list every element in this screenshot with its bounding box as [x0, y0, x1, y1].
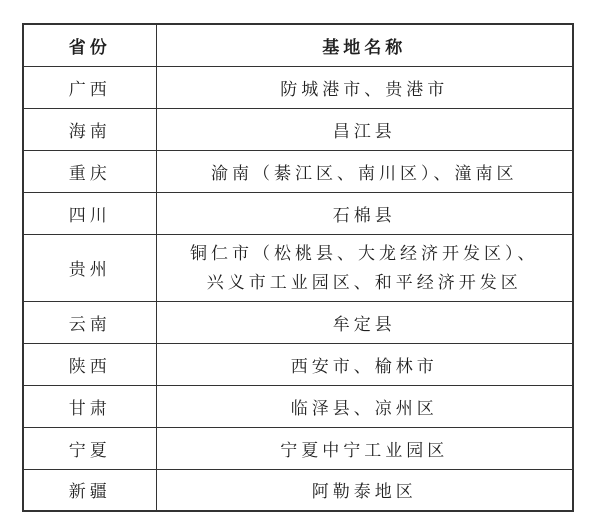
province-cell: 陕西: [23, 343, 156, 385]
base-name-cell: 临泽县、凉州区: [156, 385, 573, 427]
table-row-yunnan: 云南 牟定县: [23, 301, 573, 343]
table-row-guizhou: 贵州 铜仁市（松桃县、大龙经济开发区）、 兴义市工业园区、和平经济开发区: [23, 234, 573, 301]
table-row-guangxi: 广西 防城港市、贵港市: [23, 66, 573, 108]
base-name-cell: 防城港市、贵港市: [156, 66, 573, 108]
base-name-cell: 阿勒泰地区: [156, 469, 573, 511]
province-cell: 重庆: [23, 150, 156, 192]
province-cell: 云南: [23, 301, 156, 343]
base-name-cell: 铜仁市（松桃县、大龙经济开发区）、 兴义市工业园区、和平经济开发区: [156, 234, 573, 301]
province-cell: 四川: [23, 192, 156, 234]
table-row-xinjiang: 新疆 阿勒泰地区: [23, 469, 573, 511]
base-name-cell: 石棉县: [156, 192, 573, 234]
base-name-cell: 宁夏中宁工业园区: [156, 427, 573, 469]
province-cell: 贵州: [23, 234, 156, 301]
base-name-line-2: 兴义市工业园区、和平经济开发区: [159, 268, 571, 297]
province-cell: 宁夏: [23, 427, 156, 469]
base-name-column-header: 基地名称: [156, 24, 573, 66]
table-header-row: 省份 基地名称: [23, 24, 573, 66]
province-cell: 海南: [23, 108, 156, 150]
table-row-ningxia: 宁夏 宁夏中宁工业园区: [23, 427, 573, 469]
base-name-cell: 牟定县: [156, 301, 573, 343]
base-name-cell: 昌江县: [156, 108, 573, 150]
table-row-hainan: 海南 昌江县: [23, 108, 573, 150]
base-name-line-1: 铜仁市（松桃县、大龙经济开发区）、: [159, 239, 571, 268]
base-name-cell: 渝南（綦江区、南川区）、潼南区: [156, 150, 573, 192]
province-column-header: 省份: [23, 24, 156, 66]
table-row-gansu: 甘肃 临泽县、凉州区: [23, 385, 573, 427]
province-cell: 新疆: [23, 469, 156, 511]
table-row-sichuan: 四川 石棉县: [23, 192, 573, 234]
province-cell: 广西: [23, 66, 156, 108]
table-row-chongqing: 重庆 渝南（綦江区、南川区）、潼南区: [23, 150, 573, 192]
table-row-shaanxi: 陕西 西安市、榆林市: [23, 343, 573, 385]
province-base-table: 省份 基地名称 广西 防城港市、贵港市 海南 昌江县 重庆 渝南（綦江区、南川区…: [22, 23, 574, 512]
province-cell: 甘肃: [23, 385, 156, 427]
base-name-cell: 西安市、榆林市: [156, 343, 573, 385]
